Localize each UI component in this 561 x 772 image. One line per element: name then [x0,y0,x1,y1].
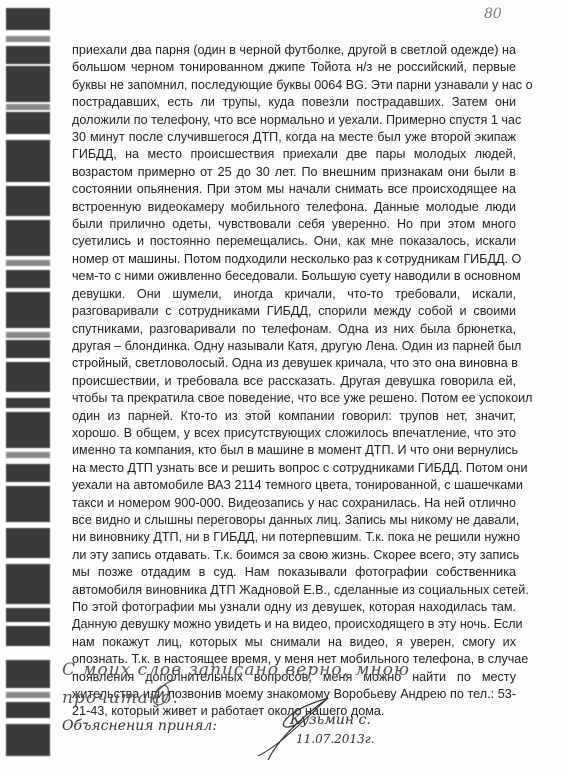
text-line: приехали два парня (один в черной футбол… [72,42,516,59]
text-line: 30 минут после случившегося ДТП, когда н… [72,129,516,146]
handwritten-officer-name: Кузьмин с. [290,712,371,728]
text-line: на место ДТП узнать все и решить вопрос … [72,460,516,477]
text-line: девушки. Они шумели, иногда кричали, что… [72,286,516,303]
text-line: ни виновнику ДТП, ни в ГИБДД, ни потерпе… [72,529,516,546]
text-line: были прилично одеты, чувствовали себя ув… [72,216,516,233]
text-line: один из парней. Кто-то из этой компании … [72,408,516,425]
binding-mark [6,140,50,182]
text-line: уехали на автомобиле ВАЗ 2114 темного цв… [72,477,516,494]
binding-mark [6,340,50,358]
text-line: происшествии, и требовала все рассказать… [72,373,516,390]
binding-mark [6,486,50,522]
binding-mark [6,412,50,448]
binding-mark [6,724,50,756]
text-line: такси и номером 900-000. Видеозапись у н… [72,495,516,512]
text-line: большом черном тонированном джипе Тойота… [72,59,516,76]
text-line: нам покажут лиц, которых мы снимали на в… [72,634,516,651]
text-line: спутниками, разговаривали по телефонам. … [72,321,516,338]
text-line: разговаривали с сотрудниками ГИБДД, спор… [72,303,516,320]
text-line: ГИБДД, на место происшествия приехали дв… [72,146,516,163]
text-line: автомобиля виновника ДТП Жадновой Е.В., … [72,582,516,599]
binding-mark [6,528,50,558]
binding-mark [6,452,50,458]
text-line: чем-то с ними оживленно беседовали. Боль… [72,268,516,285]
text-line: встроенную видеокамеру мобильного телефо… [72,199,516,216]
binding-mark [6,186,50,216]
binding-mark [6,66,50,102]
text-line: хорошо. В общем, у всех присутствующих с… [72,425,516,442]
binding-mark [6,36,50,42]
text-line: чтобы та прекратила свое поведение, что … [72,390,516,407]
binding-mark [6,46,50,64]
binding-mark [6,104,50,110]
text-line: буквы не запомнил, последующие буквы 006… [72,77,516,94]
text-line: мы позже отдадим в суд. Нам показывали ф… [72,564,516,581]
text-line: состоянии опьянения. При этом мы начали … [72,181,516,198]
binding-mark [6,112,50,134]
text-line: По этой фотографии мы узнали одну из дев… [72,599,516,616]
page-number: 80 [484,6,502,22]
text-line: другая – блондинка. Одну называли Катя, … [72,338,516,355]
binding-mark [6,464,50,482]
text-line: номер от машины. Потом подходили несколь… [72,251,516,268]
text-line: суетились и постоянно перемещались. Они,… [72,233,516,250]
binding-marks [6,8,50,763]
handwritten-received-by: Объяснения принял: [62,718,217,734]
binding-mark [6,564,50,604]
text-line: именно та компания, кто был в машине в м… [72,442,516,459]
text-line: возрастом примерно от 25 до 30 лет. По в… [72,164,516,181]
binding-mark [6,608,50,622]
binding-mark [6,292,50,328]
handwritten-date: 11.07.2013г. [296,732,375,746]
text-line: стройный, светловолосый. Одна из девушек… [72,355,516,372]
binding-mark [6,660,50,688]
handwritten-attestation: С моих слов записано верно, мною прочита… [58,660,538,770]
statement-body-text: приехали два парня (один в черной футбол… [72,42,516,721]
binding-mark [6,220,50,256]
text-line: Данную девушку можно увидеть и на видео,… [72,616,516,633]
binding-mark [6,362,50,392]
binding-mark [6,692,50,698]
text-line: доложили по телефону, что все нормально … [72,112,516,129]
binding-mark [6,702,50,718]
binding-mark [6,260,50,266]
binding-mark [6,398,50,408]
binding-mark [6,626,50,646]
text-line: все видно и слышны переговоры данных лиц… [72,512,516,529]
binding-mark [6,332,50,338]
binding-mark [6,270,50,288]
scanned-document-page: 80 приехали два парня (один в черной фут… [0,0,561,772]
binding-mark [6,8,50,30]
text-line: ли эту запись отдавать. Т.к. боимся за с… [72,547,516,564]
text-line: пострадавших, есть ли трупы, куда повезл… [72,94,516,111]
